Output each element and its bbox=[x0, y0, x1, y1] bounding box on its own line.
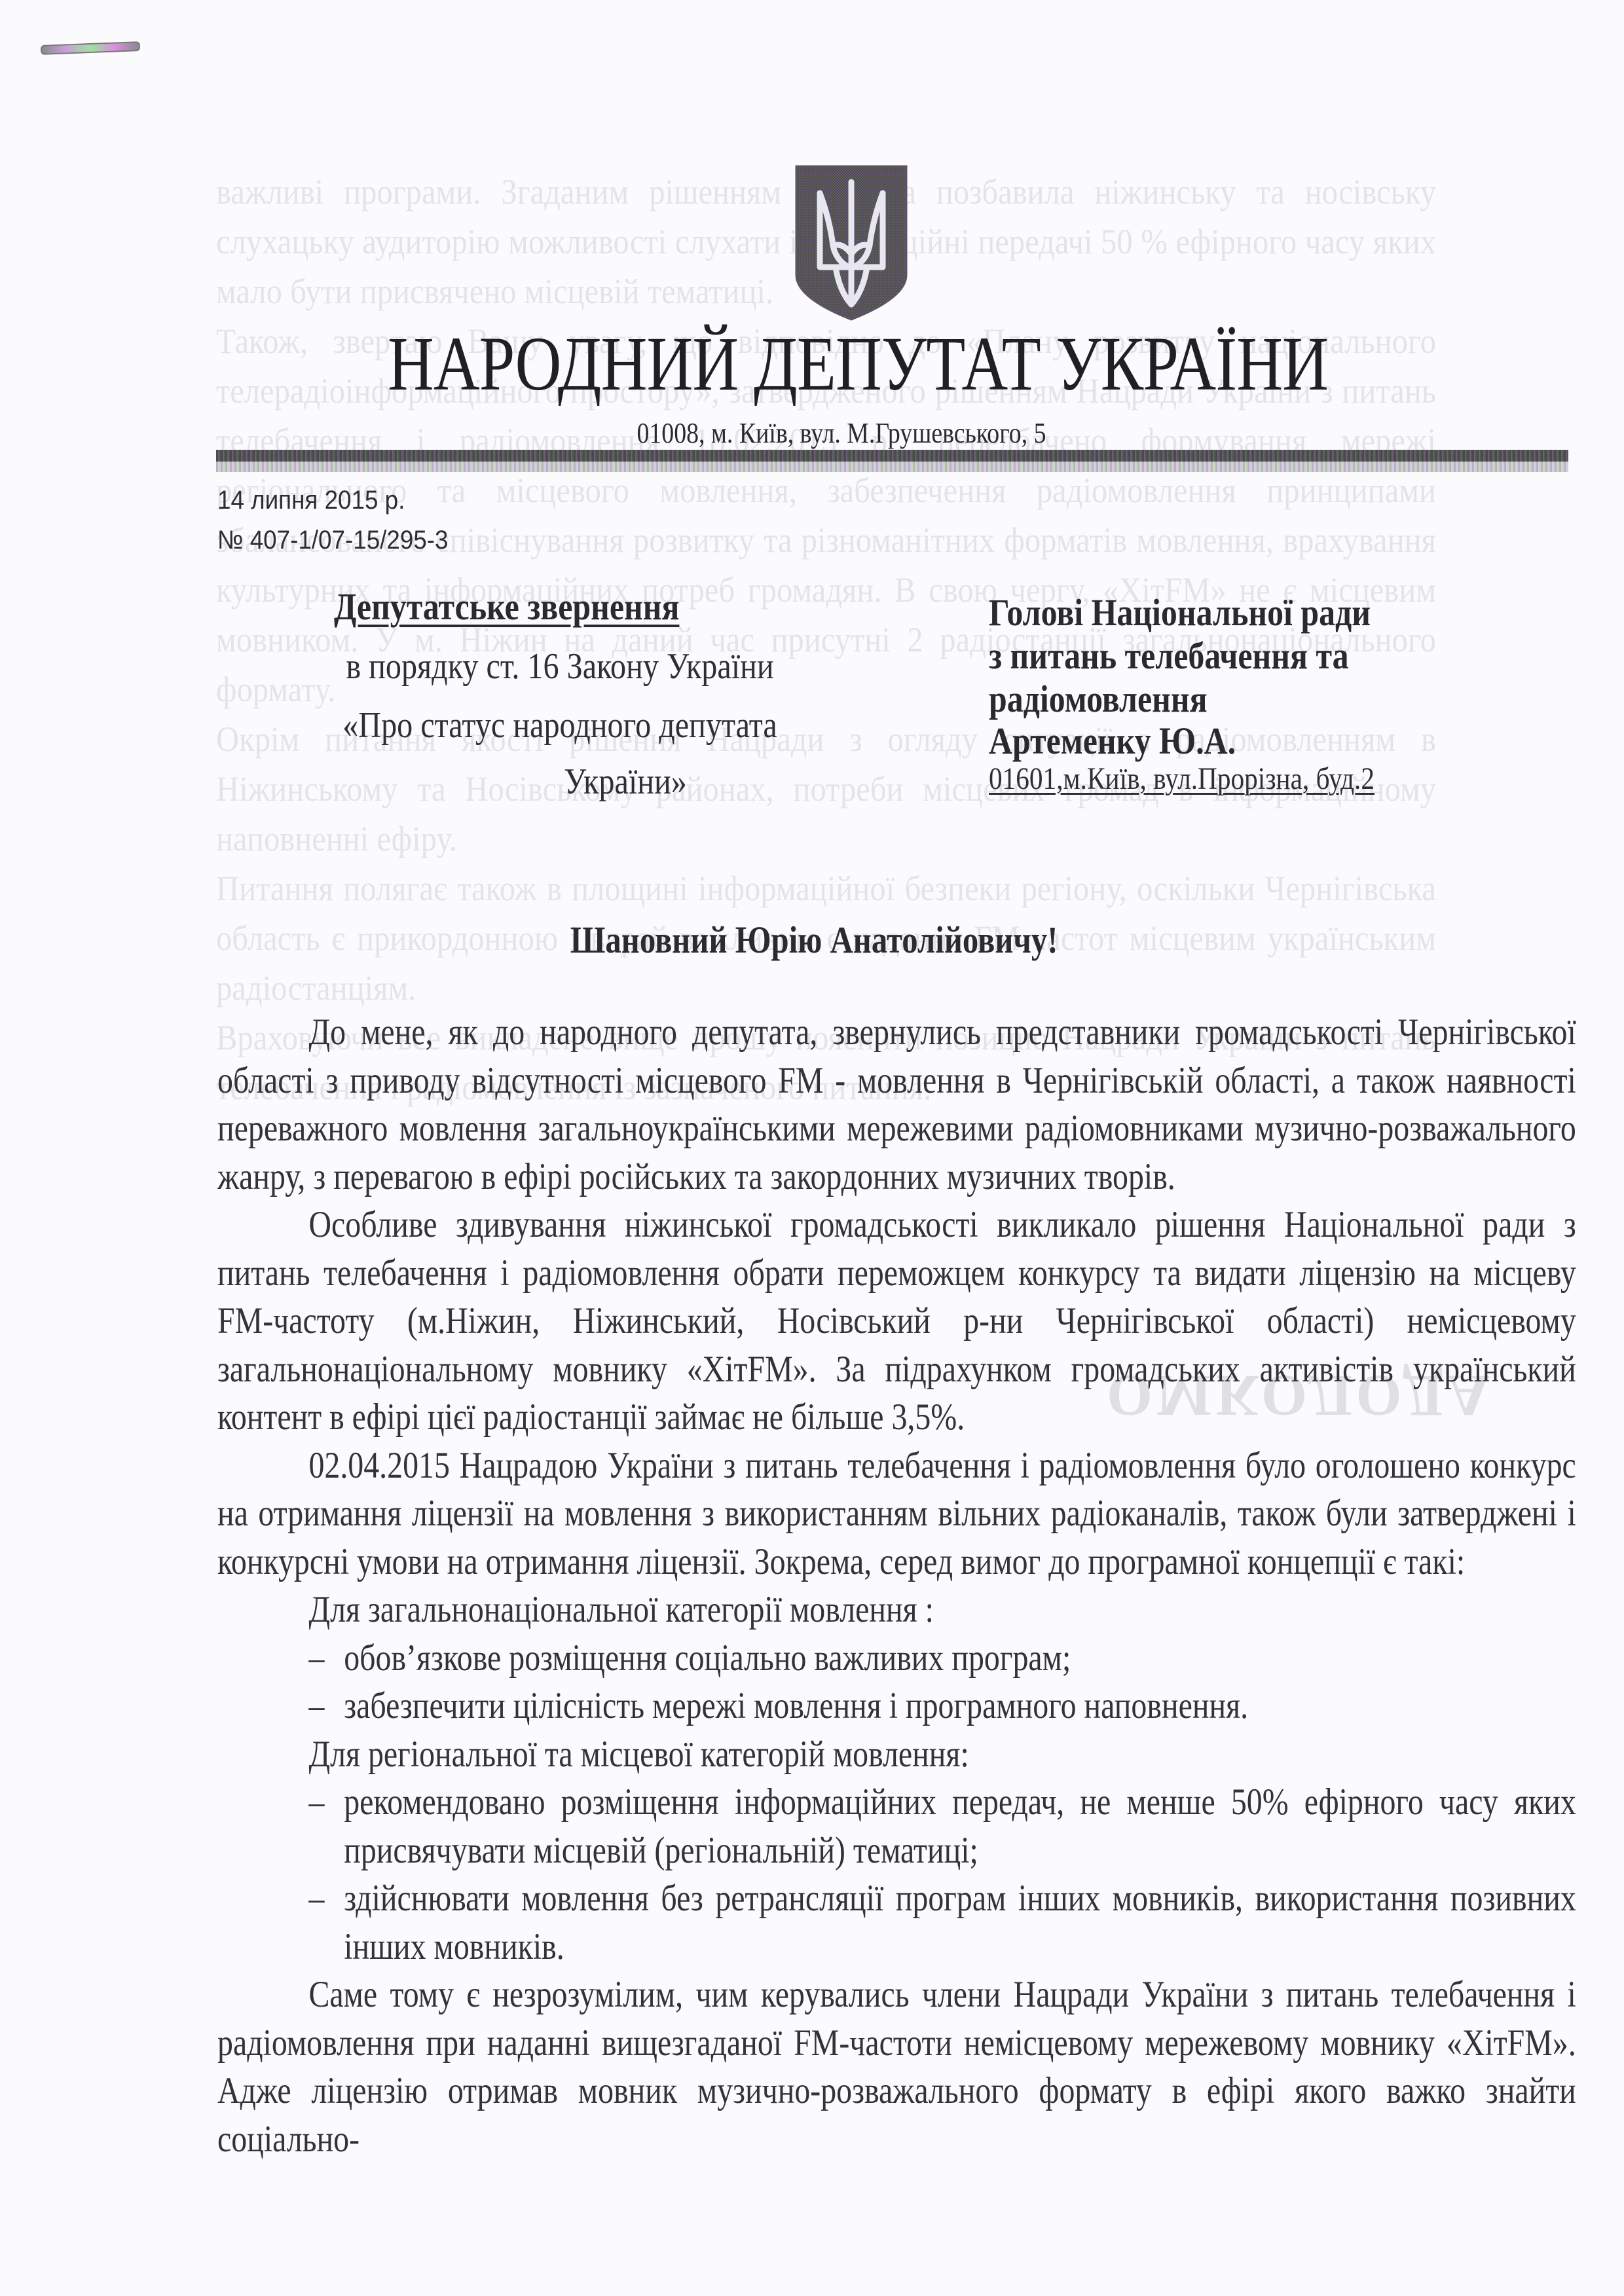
body-paragraph-1: До мене, як до народного депутата, зверн… bbox=[217, 1008, 1576, 1201]
legal-basis-line-3: України» bbox=[330, 761, 921, 803]
letterhead-title: НАРОДНИЙ ДЕПУТАТ УКРАЇНИ bbox=[146, 319, 1570, 409]
addressee-line-2: з питань телебачення та bbox=[989, 634, 1349, 678]
letterhead-divider-light bbox=[216, 462, 1568, 472]
dash-bullet-icon: – bbox=[308, 1874, 344, 1923]
national-category-heading: Для загальнонаціональної категорії мовле… bbox=[217, 1586, 1576, 1634]
national-requirement-1: –обов’язкове розміщення соціально важлив… bbox=[217, 1634, 1576, 1683]
regional-requirement-1: –рекомендовано розміщення інформаційних … bbox=[217, 1778, 1576, 1874]
addressee-line-3: радіомовлення bbox=[989, 677, 1208, 721]
regional-requirement-2: –здійснювати мовлення без ретрансляції п… bbox=[217, 1874, 1576, 1971]
body-paragraph-2: Особливе здивування ніжинської громадськ… bbox=[217, 1201, 1576, 1442]
addressee-line-1: Голові Національної ради bbox=[989, 591, 1371, 634]
letter-body: До мене, як до народного депутата, зверн… bbox=[217, 1008, 1576, 2163]
letterhead-address: 01008, м. Київ, вул. М.Грушевського, 5 bbox=[118, 416, 1565, 450]
legal-basis-line-2: «Про статус народного депутата bbox=[265, 704, 856, 746]
legal-basis-line-1: в порядку ст. 16 Закону України bbox=[265, 646, 856, 687]
outgoing-number: № 407-1/07-15/295-3 bbox=[217, 526, 449, 555]
dash-bullet-icon: – bbox=[308, 1778, 344, 1827]
letterhead-divider-dark bbox=[216, 450, 1568, 462]
document-type-title: Депутатське звернення bbox=[334, 585, 679, 629]
dash-bullet-icon: – bbox=[308, 1682, 344, 1730]
addressee-name: Артеменку Ю.А. bbox=[989, 719, 1236, 763]
body-paragraph-4: Саме тому є незрозумілим, чим керувались… bbox=[217, 1971, 1576, 2163]
addressee-address: 01601,м.Київ, вул.Прорізна, буд.2 bbox=[989, 761, 1375, 797]
dash-bullet-icon: – bbox=[308, 1634, 344, 1683]
body-paragraph-3: 02.04.2015 Нацрадою України з питань тел… bbox=[217, 1442, 1576, 1586]
salutation: Шановний Юрію Анатолійовичу! bbox=[132, 918, 1496, 962]
coat-of-arms-icon bbox=[794, 164, 909, 321]
scan-artifact-mark bbox=[41, 41, 140, 55]
regional-category-heading: Для регіональної та місцевої категорій м… bbox=[217, 1730, 1576, 1779]
outgoing-date: 14 липня 2015 р. bbox=[217, 486, 405, 515]
national-requirement-2: –забезпечити цілісність мережі мовлення … bbox=[217, 1682, 1576, 1730]
